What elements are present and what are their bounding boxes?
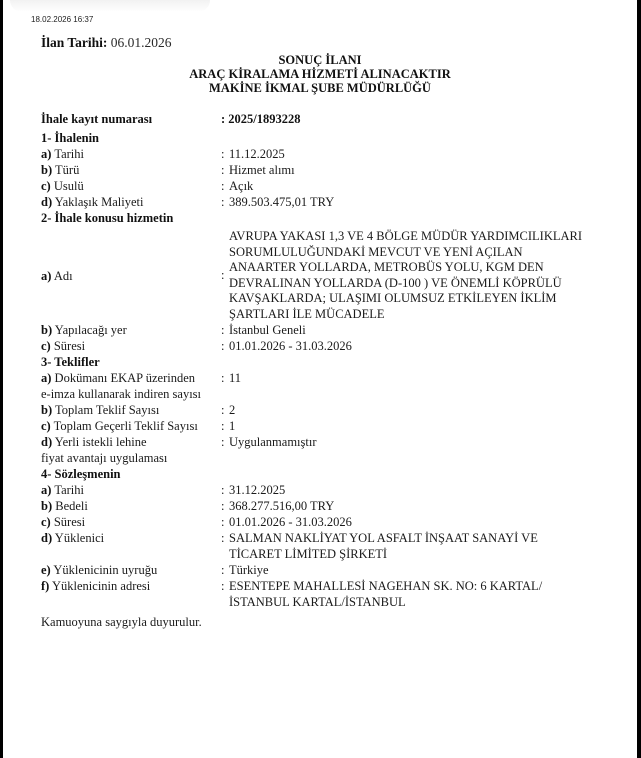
field-label: Tarihi bbox=[54, 483, 84, 497]
registration-number-value: : 2025/1893228 bbox=[221, 111, 611, 127]
field-label: Dokümanı EKAP üzerinden bbox=[55, 371, 195, 385]
field-value: 01.01.2026 - 31.03.2026 bbox=[229, 515, 352, 529]
left-edge bbox=[0, 0, 3, 758]
title-line: MAKİNE İKMAL ŞUBE MÜDÜRLÜĞÜ bbox=[160, 81, 480, 95]
document-title: SONUÇ İLANI ARAÇ KİRALAMA HİZMETİ ALINAC… bbox=[160, 53, 480, 95]
field-row: b) Türü :Hizmet alımı bbox=[41, 162, 611, 178]
field-label: Yapılacağı yer bbox=[55, 323, 127, 337]
service-name-row: a) Adı : AVRUPA YAKASI 1,3 VE 4 BÖLGE MÜ… bbox=[41, 229, 611, 322]
field-value: 01.01.2026 - 31.03.2026 bbox=[229, 339, 352, 353]
registration-number-row: İhale kayıt numarası : 2025/1893228 bbox=[41, 111, 611, 127]
field-row: b) Yapılacağı yer :İstanbul Geneli bbox=[41, 322, 611, 338]
field-row: d) Yüklenici :SALMAN NAKLİYAT YOL ASFALT… bbox=[41, 530, 611, 562]
field-row: b) Bedeli :368.277.516,00 TRY bbox=[41, 498, 611, 514]
field-label: Süresi bbox=[54, 515, 85, 529]
section-1-title: 1- İhalenin bbox=[41, 130, 611, 146]
field-value: Türkiye bbox=[229, 563, 269, 577]
field-label: Adı bbox=[54, 269, 73, 283]
field-label: Toplam Geçerli Teklif Sayısı bbox=[54, 419, 198, 433]
contractor-address: ESENTEPE MAHALLESİ NAGEHAN SK. NO: 6 KAR… bbox=[229, 579, 542, 593]
right-edge bbox=[637, 0, 641, 758]
field-value: 2 bbox=[229, 403, 235, 417]
field-row: d) Yerli istekli lehinefiyat avantajı uy… bbox=[41, 434, 611, 466]
top-shadow bbox=[10, 0, 210, 12]
field-value: Hizmet alımı bbox=[229, 163, 295, 177]
announcement-body: İhale kayıt numarası : 2025/1893228 1- İ… bbox=[41, 111, 611, 630]
field-value: 368.277.516,00 TRY bbox=[229, 499, 334, 513]
field-label: Yerli istekli lehine bbox=[55, 435, 147, 449]
print-timestamp: 18.02.2026 16:37 bbox=[31, 15, 93, 24]
field-row: d) Yaklaşık Maliyeti :389.503.475,01 TRY bbox=[41, 194, 611, 210]
field-value: 31.12.2025 bbox=[229, 483, 285, 497]
field-value: Uygulanmamıştır bbox=[229, 435, 317, 449]
section-3-title: 3- Teklifler bbox=[41, 354, 611, 370]
field-row: e) Yüklenicinin uyruğu :Türkiye bbox=[41, 562, 611, 578]
field-label: Bedeli bbox=[55, 499, 88, 513]
field-row: a) Tarihi :11.12.2025 bbox=[41, 146, 611, 162]
field-value: 11 bbox=[229, 371, 241, 385]
field-label: Yüklenici bbox=[55, 531, 104, 545]
field-row: b) Toplam Teklif Sayısı :2 bbox=[41, 402, 611, 418]
field-row: c) Toplam Geçerli Teklif Sayısı :1 bbox=[41, 418, 611, 434]
field-label: Süresi bbox=[54, 339, 85, 353]
field-row: f) Yüklenicinin adresi :ESENTEPE MAHALLE… bbox=[41, 578, 611, 610]
field-row: c) Süresi :01.01.2026 - 31.03.2026 bbox=[41, 514, 611, 530]
field-value: 11.12.2025 bbox=[229, 147, 285, 161]
registration-number-label: İhale kayıt numarası bbox=[41, 111, 221, 127]
field-label: Tarihi bbox=[54, 147, 84, 161]
closing-statement: Kamuoyuna saygıyla duyurulur. bbox=[41, 614, 611, 630]
field-value: İstanbul Geneli bbox=[229, 323, 306, 337]
section-4-title: 4- Sözleşmenin bbox=[41, 466, 611, 482]
title-line: ARAÇ KİRALAMA HİZMETİ ALINACAKTIR bbox=[160, 67, 480, 81]
announcement-date-value: 06.01.2026 bbox=[111, 35, 172, 50]
service-name-value: : AVRUPA YAKASI 1,3 VE 4 BÖLGE MÜDÜR YAR… bbox=[221, 229, 611, 322]
field-row: c) Usulü :Açık bbox=[41, 178, 611, 194]
field-label: Yaklaşık Maliyeti bbox=[55, 195, 144, 209]
field-value: Açık bbox=[229, 179, 253, 193]
field-value: 1 bbox=[229, 419, 235, 433]
field-label: Usulü bbox=[54, 179, 84, 193]
announcement-date: İlan Tarihi: 06.01.2026 bbox=[41, 35, 172, 51]
title-line: SONUÇ İLANI bbox=[160, 53, 480, 67]
field-row: a) Dokümanı EKAP üzerindene-imza kullana… bbox=[41, 370, 611, 402]
field-label: Yüklenicinin adresi bbox=[52, 579, 150, 593]
announcement-date-label: İlan Tarihi: bbox=[41, 35, 107, 50]
field-label: Yüklenicinin uyruğu bbox=[53, 563, 157, 577]
contractor-name: SALMAN NAKLİYAT YOL ASFALT İNŞAAT SANAYİ… bbox=[229, 531, 538, 545]
field-row: a) Tarihi :31.12.2025 bbox=[41, 482, 611, 498]
field-row: c) Süresi :01.01.2026 - 31.03.2026 bbox=[41, 338, 611, 354]
field-value: 389.503.475,01 TRY bbox=[229, 195, 334, 209]
section-2-title: 2- İhale konusu hizmetin bbox=[41, 210, 611, 226]
field-label: Toplam Teklif Sayısı bbox=[55, 403, 159, 417]
field-label: Türü bbox=[55, 163, 79, 177]
